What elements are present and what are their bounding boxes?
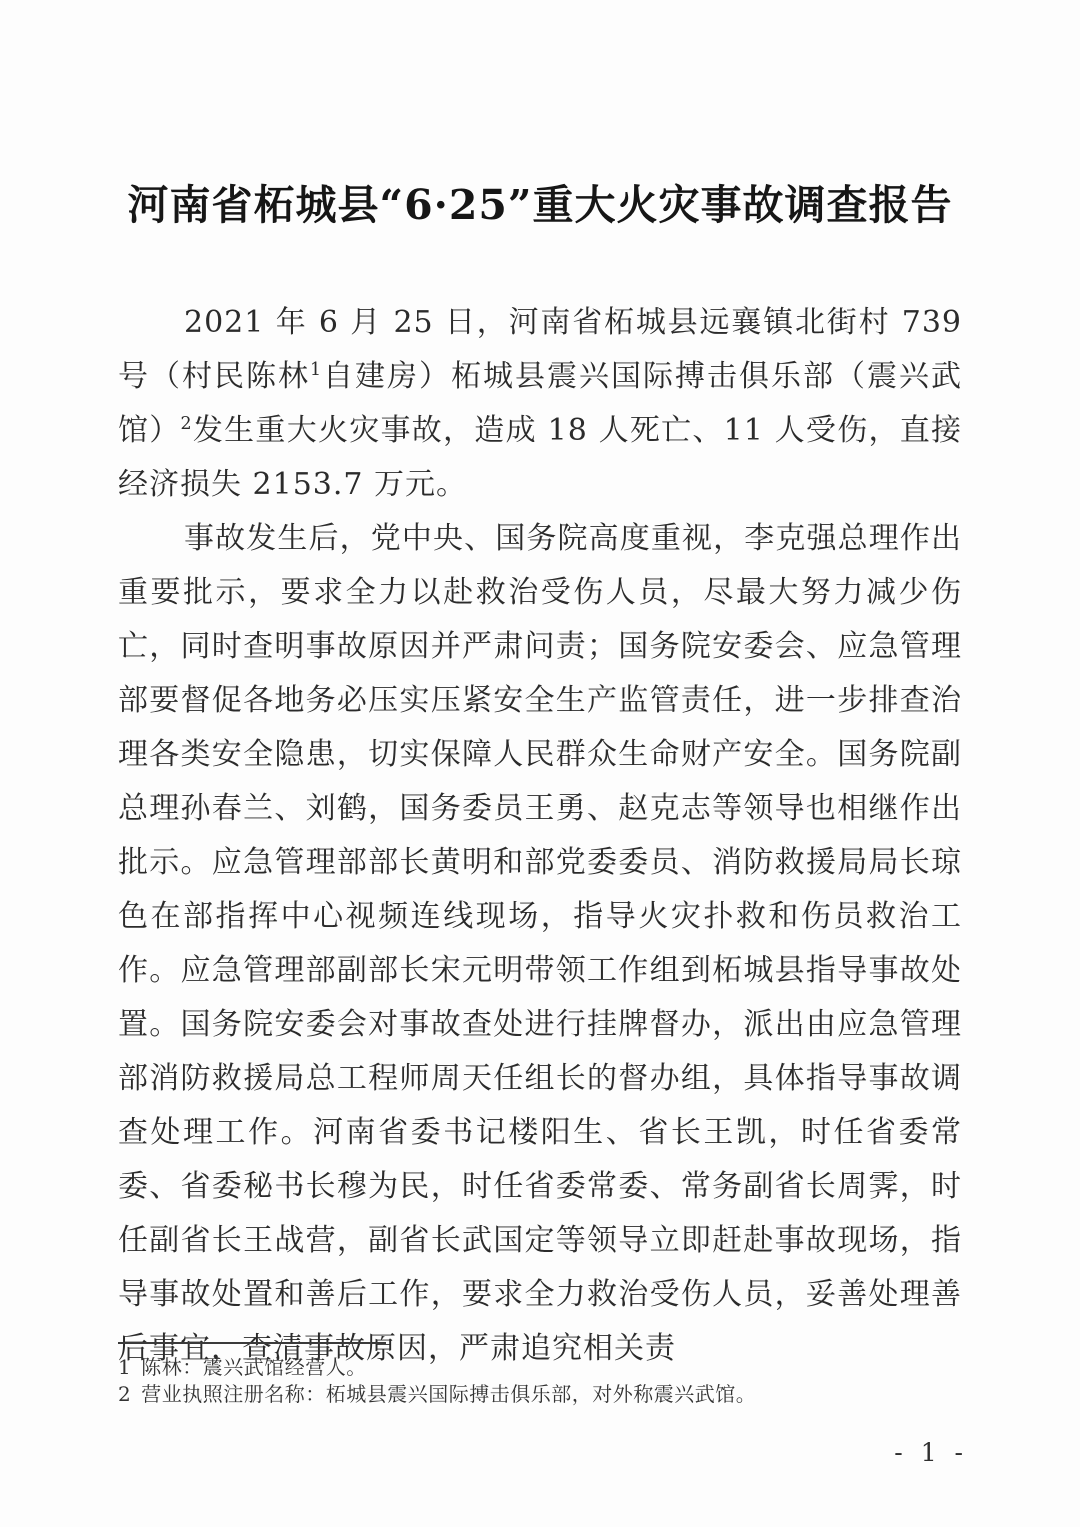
page-number: - 1 - [894, 1438, 968, 1467]
footnote-2: 2营业执照注册名称：柘城县震兴国际搏击俱乐部，对外称震兴武馆。 [118, 1381, 962, 1408]
document-body: 2021 年 6 月 25 日，河南省柘城县远襄镇北街村 739 号（村民陈林1… [118, 296, 962, 1376]
document-page: 河南省柘城县“6·25”重大火灾事故调查报告 2021 年 6 月 25 日，河… [0, 0, 1080, 1527]
footnote-1-marker: 1 [118, 1354, 131, 1381]
footnote-separator [118, 1342, 386, 1344]
paragraph-intro: 2021 年 6 月 25 日，河南省柘城县远襄镇北街村 739 号（村民陈林1… [118, 296, 962, 512]
document-title: 河南省柘城县“6·25”重大火灾事故调查报告 [110, 178, 970, 233]
paragraph-response: 事故发生后，党中央、国务院高度重视，李克强总理作出重要批示，要求全力以赴救治受伤… [118, 512, 962, 1376]
footnote-1: 1陈林：震兴武馆经营人。 [118, 1354, 962, 1381]
paragraph-intro-text-3: 发生重大火灾事故，造成 18 人死亡、11 人受伤，直接经济损失 2153.7 … [118, 413, 962, 502]
footnote-2-text: 营业执照注册名称：柘城县震兴国际搏击俱乐部，对外称震兴武馆。 [141, 1382, 756, 1406]
footnote-ref-1: 1 [310, 360, 322, 380]
footnote-1-text: 陈林：震兴武馆经营人。 [141, 1355, 367, 1379]
footnote-ref-2: 2 [181, 414, 193, 434]
footnotes-section: 1陈林：震兴武馆经营人。 2营业执照注册名称：柘城县震兴国际搏击俱乐部，对外称震… [118, 1342, 962, 1408]
footnote-2-marker: 2 [118, 1381, 131, 1408]
